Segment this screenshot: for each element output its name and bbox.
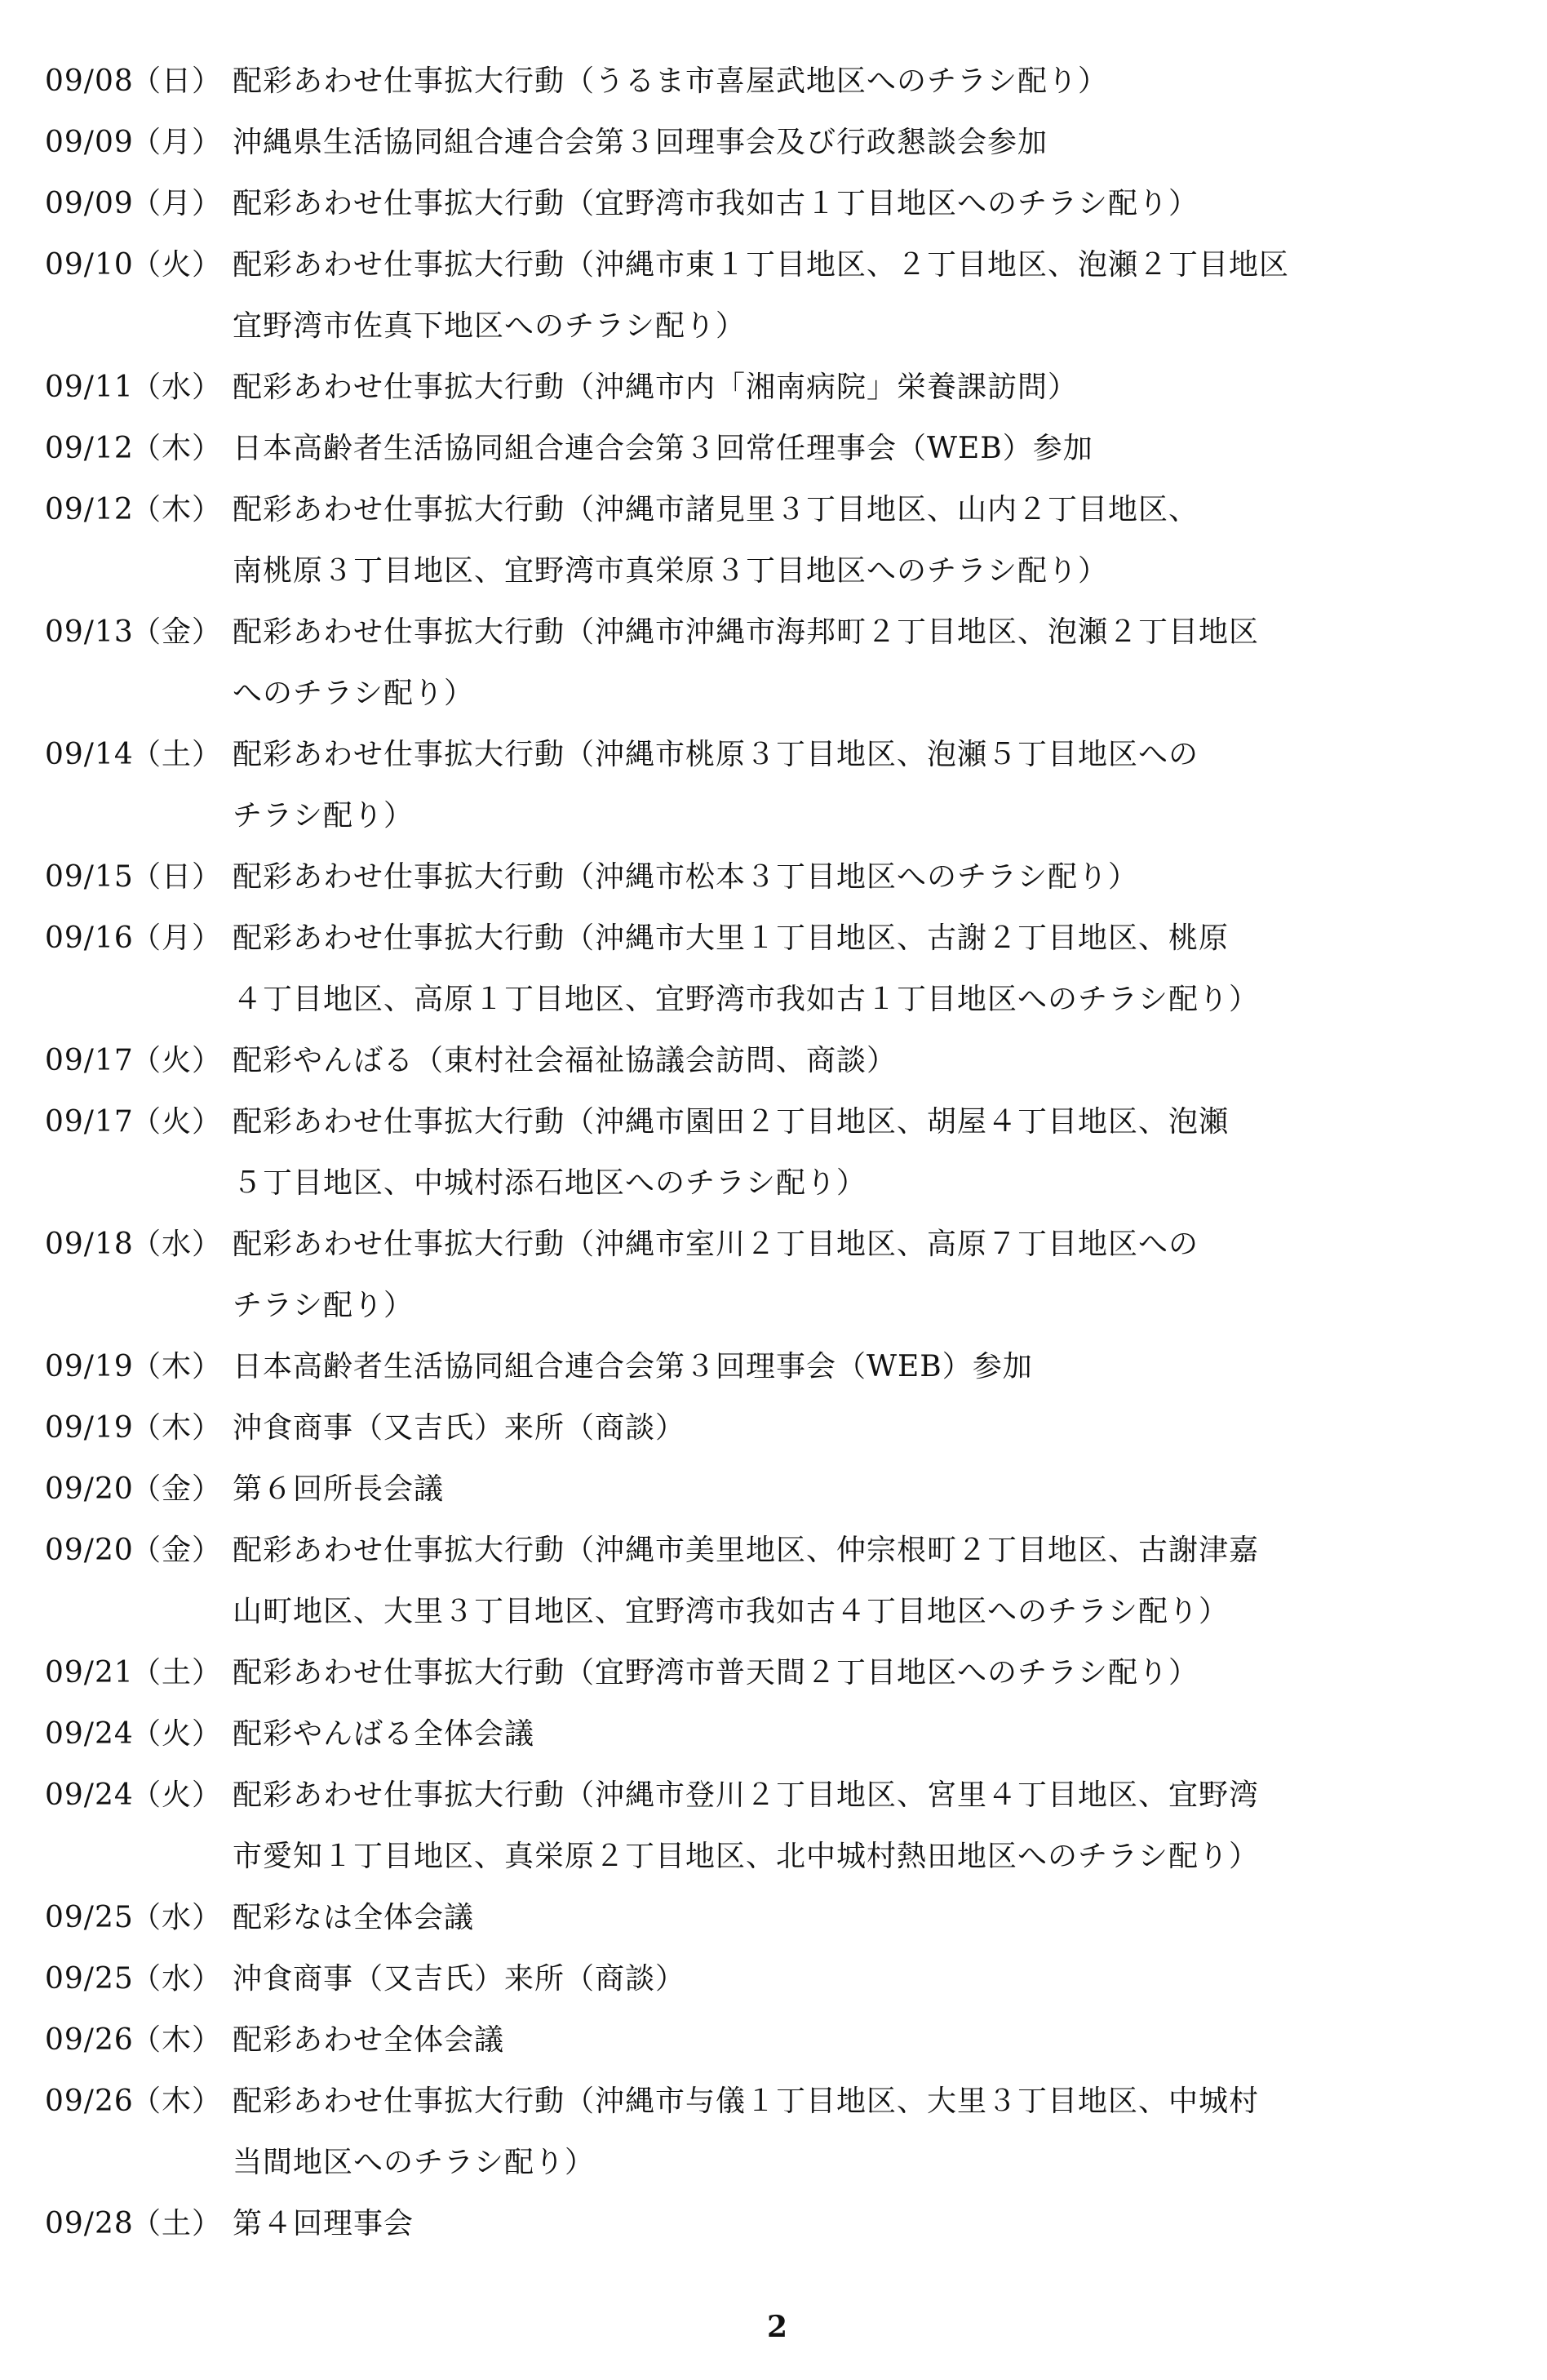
entry-weekday: （火） [131, 1703, 233, 1765]
entry-line: 09/25（水）配彩なは全体会議 [45, 1887, 1514, 1948]
entry-weekday: （月） [131, 173, 233, 234]
entry-weekday: （水） [131, 357, 233, 418]
entry-line: 09/17（火）配彩あわせ仕事拡大行動（沖縄市園田２丁目地区、胡屋４丁目地区、泡… [45, 1091, 1514, 1152]
entry-line: 09/15（日）配彩あわせ仕事拡大行動（沖縄市松本３丁目地区へのチラシ配り） [45, 846, 1514, 908]
log-entry: 09/13（金）配彩あわせ仕事拡大行動（沖縄市沖縄市海邦町２丁目地区、泡瀬２丁目… [45, 602, 1514, 724]
entry-line: 09/24（火）配彩やんばる全体会議 [45, 1703, 1514, 1765]
entry-weekday: （土） [131, 724, 233, 785]
entry-text: 配彩あわせ仕事拡大行動（沖縄市園田２丁目地区、胡屋４丁目地区、泡瀬 [233, 1105, 1229, 1139]
entry-weekday: （木） [131, 2071, 233, 2132]
entry-text: 配彩やんばる（東村社会福祉協議会訪問、商談） [233, 1044, 897, 1077]
log-entry: 09/25（水）沖食商事（又吉氏）来所（商談） [45, 1948, 1514, 2009]
entry-text: 配彩あわせ仕事拡大行動（沖縄市東１丁目地区、２丁目地区、泡瀬２丁目地区 [233, 248, 1289, 282]
log-entry: 09/24（火）配彩やんばる全体会議 [45, 1703, 1514, 1765]
entry-weekday: （木） [131, 418, 233, 479]
entry-date: 09/13 [45, 602, 131, 663]
log-entry: 09/20（金）第６回所長会議 [45, 1459, 1514, 1520]
entry-line: 09/24（火）配彩あわせ仕事拡大行動（沖縄市登川２丁目地区、宮里４丁目地区、宜… [45, 1765, 1514, 1826]
entry-line: 09/18（水）配彩あわせ仕事拡大行動（沖縄市室川２丁目地区、高原７丁目地区への [45, 1214, 1514, 1275]
entry-continuation: へのチラシ配り） [45, 663, 1514, 724]
entry-text: 配彩あわせ仕事拡大行動（沖縄市沖縄市海邦町２丁目地区、泡瀬２丁目地区 [233, 615, 1259, 649]
entry-date: 09/19 [45, 1336, 131, 1397]
entry-date: 09/09 [45, 112, 131, 173]
entry-weekday: （日） [131, 51, 233, 112]
entry-text: 配彩あわせ仕事拡大行動（沖縄市松本３丁目地区へのチラシ配り） [233, 860, 1138, 894]
entry-weekday: （土） [131, 2193, 233, 2254]
entry-continuation: 南桃原３丁目地区、宜野湾市真栄原３丁目地区へのチラシ配り） [45, 540, 1514, 602]
entry-date: 09/08 [45, 51, 131, 112]
entry-text: 配彩あわせ仕事拡大行動（うるま市喜屋武地区へのチラシ配り） [233, 64, 1108, 98]
entry-weekday: （木） [131, 479, 233, 540]
entry-date: 09/10 [45, 234, 131, 295]
entry-date: 09/25 [45, 1887, 131, 1948]
entry-line: 09/25（水）沖食商事（又吉氏）来所（商談） [45, 1948, 1514, 2009]
entry-weekday: （火） [131, 1765, 233, 1826]
entry-weekday: （金） [131, 602, 233, 663]
entry-line: 09/12（木）日本高齢者生活協同組合連合会第３回常任理事会（WEB）参加 [45, 418, 1514, 479]
log-entry: 09/21（土）配彩あわせ仕事拡大行動（宜野湾市普天間２丁目地区へのチラシ配り） [45, 1642, 1514, 1703]
entry-text: 配彩あわせ仕事拡大行動（宜野湾市普天間２丁目地区へのチラシ配り） [233, 1656, 1199, 1690]
entry-line: 09/14（土）配彩あわせ仕事拡大行動（沖縄市桃原３丁目地区、泡瀬５丁目地区への [45, 724, 1514, 785]
log-entry: 09/14（土）配彩あわせ仕事拡大行動（沖縄市桃原３丁目地区、泡瀬５丁目地区への… [45, 724, 1514, 846]
log-entry: 09/08（日）配彩あわせ仕事拡大行動（うるま市喜屋武地区へのチラシ配り） [45, 51, 1514, 112]
entry-continuation: ４丁目地区、高原１丁目地区、宜野湾市我如古１丁目地区へのチラシ配り） [45, 969, 1514, 1030]
document-page: 09/08（日）配彩あわせ仕事拡大行動（うるま市喜屋武地区へのチラシ配り） 09… [0, 0, 1547, 2380]
entry-date: 09/17 [45, 1030, 131, 1091]
entry-line: 09/10（火）配彩あわせ仕事拡大行動（沖縄市東１丁目地区、２丁目地区、泡瀬２丁… [45, 234, 1514, 295]
log-entry: 09/25（水）配彩なは全体会議 [45, 1887, 1514, 1948]
entry-line: 09/09（月）沖縄県生活協同組合連合会第３回理事会及び行政懇談会参加 [45, 112, 1514, 173]
entry-text: 配彩あわせ全体会議 [233, 2023, 504, 2057]
entry-weekday: （火） [131, 1091, 233, 1152]
log-entry: 09/17（火）配彩やんばる（東村社会福祉協議会訪問、商談） [45, 1030, 1514, 1091]
entry-line: 09/28（土）第４回理事会 [45, 2193, 1514, 2254]
entry-weekday: （水） [131, 1214, 233, 1275]
entry-date: 09/20 [45, 1520, 131, 1581]
entry-text: 配彩あわせ仕事拡大行動（沖縄市諸見里３丁目地区、山内２丁目地区、 [233, 493, 1199, 526]
entry-continuation: 市愛知１丁目地区、真栄原２丁目地区、北中城村熱田地区へのチラシ配り） [45, 1826, 1514, 1887]
entry-line: 09/21（土）配彩あわせ仕事拡大行動（宜野湾市普天間２丁目地区へのチラシ配り） [45, 1642, 1514, 1703]
activity-log: 09/08（日）配彩あわせ仕事拡大行動（うるま市喜屋武地区へのチラシ配り） 09… [45, 51, 1514, 2254]
entry-weekday: （火） [131, 1030, 233, 1091]
entry-text: 第４回理事会 [233, 2207, 414, 2240]
entry-weekday: （木） [131, 1336, 233, 1397]
log-entry: 09/26（木）配彩あわせ仕事拡大行動（沖縄市与儀１丁目地区、大里３丁目地区、中… [45, 2071, 1514, 2193]
entry-text: 配彩あわせ仕事拡大行動（沖縄市大里１丁目地区、古謝２丁目地区、桃原 [233, 921, 1229, 955]
log-entry: 09/19（木）沖食商事（又吉氏）来所（商談） [45, 1397, 1514, 1459]
entry-date: 09/21 [45, 1642, 131, 1703]
entry-text: 配彩なは全体会議 [233, 1901, 474, 1934]
entry-date: 09/24 [45, 1703, 131, 1765]
log-entry: 09/20（金）配彩あわせ仕事拡大行動（沖縄市美里地区、仲宗根町２丁目地区、古謝… [45, 1520, 1514, 1642]
entry-date: 09/09 [45, 173, 131, 234]
entry-weekday: （月） [131, 112, 233, 173]
entry-continuation: 宜野湾市佐真下地区へのチラシ配り） [45, 295, 1514, 357]
entry-continuation: 当間地区へのチラシ配り） [45, 2132, 1514, 2193]
entry-date: 09/16 [45, 908, 131, 969]
entry-text: 沖食商事（又吉氏）来所（商談） [233, 1962, 685, 1996]
entry-weekday: （火） [131, 234, 233, 295]
entry-text: 第６回所長会議 [233, 1472, 444, 1506]
entry-weekday: （月） [131, 908, 233, 969]
entry-weekday: （木） [131, 1397, 233, 1459]
entry-date: 09/24 [45, 1765, 131, 1826]
log-entry: 09/12（木）配彩あわせ仕事拡大行動（沖縄市諸見里３丁目地区、山内２丁目地区、… [45, 479, 1514, 602]
entry-date: 09/15 [45, 846, 131, 908]
entry-weekday: （金） [131, 1459, 233, 1520]
log-entry: 09/26（木）配彩あわせ全体会議 [45, 2009, 1514, 2071]
entry-continuation: 山町地区、大里３丁目地区、宜野湾市我如古４丁目地区へのチラシ配り） [45, 1581, 1514, 1642]
entry-continuation: チラシ配り） [45, 785, 1514, 846]
entry-text: 配彩あわせ仕事拡大行動（沖縄市与儀１丁目地区、大里３丁目地区、中城村 [233, 2085, 1259, 2118]
log-entry: 09/28（土）第４回理事会 [45, 2193, 1514, 2254]
log-entry: 09/09（月）配彩あわせ仕事拡大行動（宜野湾市我如古１丁目地区へのチラシ配り） [45, 173, 1514, 234]
entry-line: 09/20（金）配彩あわせ仕事拡大行動（沖縄市美里地区、仲宗根町２丁目地区、古謝… [45, 1520, 1514, 1581]
page-number: 2 [767, 2310, 787, 2344]
entry-weekday: （金） [131, 1520, 233, 1581]
entry-line: 09/26（木）配彩あわせ仕事拡大行動（沖縄市与儀１丁目地区、大里３丁目地区、中… [45, 2071, 1514, 2132]
entry-weekday: （水） [131, 1948, 233, 2009]
entry-line: 09/13（金）配彩あわせ仕事拡大行動（沖縄市沖縄市海邦町２丁目地区、泡瀬２丁目… [45, 602, 1514, 663]
entry-line: 09/26（木）配彩あわせ全体会議 [45, 2009, 1514, 2071]
log-entry: 09/12（木）日本高齢者生活協同組合連合会第３回常任理事会（WEB）参加 [45, 418, 1514, 479]
log-entry: 09/11（水）配彩あわせ仕事拡大行動（沖縄市内「湘南病院」栄養課訪問） [45, 357, 1514, 418]
entry-weekday: （日） [131, 846, 233, 908]
entry-date: 09/12 [45, 418, 131, 479]
entry-continuation: ５丁目地区、中城村添石地区へのチラシ配り） [45, 1152, 1514, 1214]
entry-date: 09/20 [45, 1459, 131, 1520]
entry-date: 09/19 [45, 1397, 131, 1459]
entry-date: 09/17 [45, 1091, 131, 1152]
entry-date: 09/12 [45, 479, 131, 540]
entry-text: 日本高齢者生活協同組合連合会第３回常任理事会（WEB）参加 [233, 432, 1093, 465]
log-entry: 09/15（日）配彩あわせ仕事拡大行動（沖縄市松本３丁目地区へのチラシ配り） [45, 846, 1514, 908]
entry-line: 09/16（月）配彩あわせ仕事拡大行動（沖縄市大里１丁目地区、古謝２丁目地区、桃… [45, 908, 1514, 969]
entry-text: 配彩あわせ仕事拡大行動（沖縄市内「湘南病院」栄養課訪問） [233, 371, 1078, 404]
entry-line: 09/20（金）第６回所長会議 [45, 1459, 1514, 1520]
log-entry: 09/17（火）配彩あわせ仕事拡大行動（沖縄市園田２丁目地区、胡屋４丁目地区、泡… [45, 1091, 1514, 1214]
entry-text: 配彩あわせ仕事拡大行動（沖縄市美里地区、仲宗根町２丁目地区、古謝津嘉 [233, 1534, 1259, 1567]
entry-line: 09/19（木）日本高齢者生活協同組合連合会第３回理事会（WEB）参加 [45, 1336, 1514, 1397]
entry-text: 配彩あわせ仕事拡大行動（沖縄市桃原３丁目地区、泡瀬５丁目地区への [233, 738, 1199, 771]
entry-text: 配彩あわせ仕事拡大行動（沖縄市登川２丁目地区、宮里４丁目地区、宜野湾 [233, 1778, 1259, 1812]
entry-text: 日本高齢者生活協同組合連合会第３回理事会（WEB）参加 [233, 1350, 1033, 1383]
log-entry: 09/24（火）配彩あわせ仕事拡大行動（沖縄市登川２丁目地区、宮里４丁目地区、宜… [45, 1765, 1514, 1887]
log-entry: 09/18（水）配彩あわせ仕事拡大行動（沖縄市室川２丁目地区、高原７丁目地区への… [45, 1214, 1514, 1336]
entry-text: 沖食商事（又吉氏）来所（商談） [233, 1411, 685, 1445]
entry-date: 09/26 [45, 2009, 131, 2071]
entry-date: 09/28 [45, 2193, 131, 2254]
log-entry: 09/10（火）配彩あわせ仕事拡大行動（沖縄市東１丁目地区、２丁目地区、泡瀬２丁… [45, 234, 1514, 357]
entry-text: 配彩あわせ仕事拡大行動（宜野湾市我如古１丁目地区へのチラシ配り） [233, 187, 1199, 220]
entry-line: 09/08（日）配彩あわせ仕事拡大行動（うるま市喜屋武地区へのチラシ配り） [45, 51, 1514, 112]
entry-weekday: （土） [131, 1642, 233, 1703]
log-entry: 09/09（月）沖縄県生活協同組合連合会第３回理事会及び行政懇談会参加 [45, 112, 1514, 173]
entry-date: 09/18 [45, 1214, 131, 1275]
entry-line: 09/12（木）配彩あわせ仕事拡大行動（沖縄市諸見里３丁目地区、山内２丁目地区、 [45, 479, 1514, 540]
entry-weekday: （木） [131, 2009, 233, 2071]
entry-line: 09/09（月）配彩あわせ仕事拡大行動（宜野湾市我如古１丁目地区へのチラシ配り） [45, 173, 1514, 234]
entry-continuation: チラシ配り） [45, 1275, 1514, 1336]
entry-date: 09/14 [45, 724, 131, 785]
entry-line: 09/19（木）沖食商事（又吉氏）来所（商談） [45, 1397, 1514, 1459]
entry-date: 09/11 [45, 357, 131, 418]
entry-text: 配彩あわせ仕事拡大行動（沖縄市室川２丁目地区、高原７丁目地区への [233, 1228, 1199, 1261]
entry-weekday: （水） [131, 1887, 233, 1948]
entry-date: 09/25 [45, 1948, 131, 2009]
entry-line: 09/11（水）配彩あわせ仕事拡大行動（沖縄市内「湘南病院」栄養課訪問） [45, 357, 1514, 418]
entry-text: 配彩やんばる全体会議 [233, 1717, 534, 1751]
entry-date: 09/26 [45, 2071, 131, 2132]
log-entry: 09/19（木）日本高齢者生活協同組合連合会第３回理事会（WEB）参加 [45, 1336, 1514, 1397]
log-entry: 09/16（月）配彩あわせ仕事拡大行動（沖縄市大里１丁目地区、古謝２丁目地区、桃… [45, 908, 1514, 1030]
entry-text: 沖縄県生活協同組合連合会第３回理事会及び行政懇談会参加 [233, 126, 1048, 159]
entry-line: 09/17（火）配彩やんばる（東村社会福祉協議会訪問、商談） [45, 1030, 1514, 1091]
